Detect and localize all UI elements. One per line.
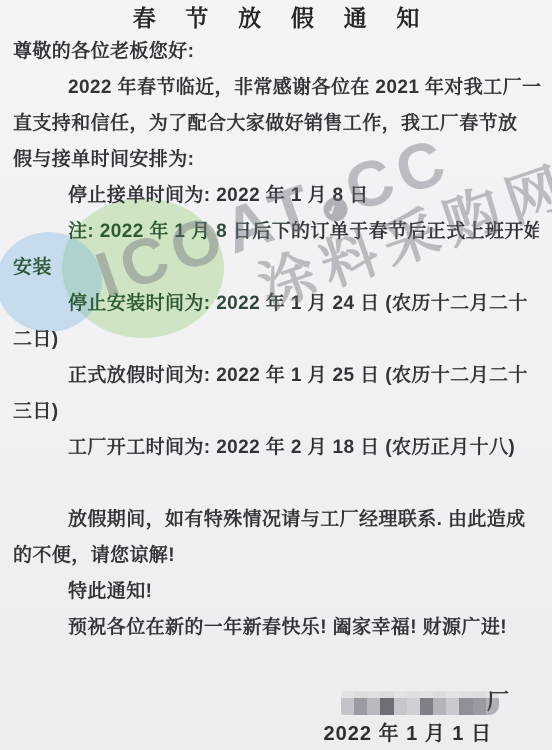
notice-line: 工厂开工时间为: 2022 年 2 月 18 日 (农历正月十八) bbox=[13, 430, 539, 466]
redacted-company-name bbox=[341, 691, 499, 715]
notice-line: 停止接单时间为: 2022 年 1 月 8 日 bbox=[13, 178, 539, 214]
notice-line: 尊敬的各位老板您好: bbox=[13, 34, 539, 70]
notice-line: 2022 年春节临近，非常感谢各位在 2021 年对我工厂一 bbox=[13, 70, 539, 106]
notice-line: 特此通知! bbox=[13, 574, 539, 610]
notice-line: 预祝各位在新的一年新春快乐! 阖家幸福! 财源广进! bbox=[13, 610, 539, 646]
notice-line: 停止安装时间为: 2022 年 1 月 24 日 (农历十二月二十 bbox=[13, 286, 539, 322]
notice-line: 正式放假时间为: 2022 年 1 月 25 日 (农历十二月二十 bbox=[13, 358, 539, 394]
notice-body: 春 节 放 假 通 知 尊敬的各位老板您好: 2022 年春节临近，非常感谢各位… bbox=[0, 0, 552, 746]
notice-line: 假与接单时间安排为: bbox=[13, 142, 539, 178]
notice-blank-line bbox=[13, 466, 539, 502]
notice-document: 春 节 放 假 通 知 尊敬的各位老板您好: 2022 年春节临近，非常感谢各位… bbox=[0, 0, 552, 750]
notice-date: 2022 年 1 月 1 日 bbox=[13, 722, 539, 746]
notice-line: 的不便，请您谅解! bbox=[13, 538, 539, 574]
notice-line: 直支持和信任，为了配合大家做好销售工作，我工厂春节放 bbox=[13, 106, 539, 142]
notice-line: 二日) bbox=[13, 322, 539, 358]
notice-line: 注: 2022 年 1 月 8 日后下的订单于春节后正式上班开始 bbox=[13, 214, 539, 250]
notice-line: 放假期间，如有特殊情况请与工厂经理联系. 由此造成 bbox=[13, 502, 539, 538]
notice-line: 三日) bbox=[13, 394, 539, 430]
company-name-suffix: 厂 bbox=[487, 685, 509, 716]
notice-title: 春 节 放 假 通 知 bbox=[13, 4, 539, 34]
signature-row: 厂 bbox=[13, 688, 539, 716]
notice-line: 安装 bbox=[13, 250, 539, 286]
